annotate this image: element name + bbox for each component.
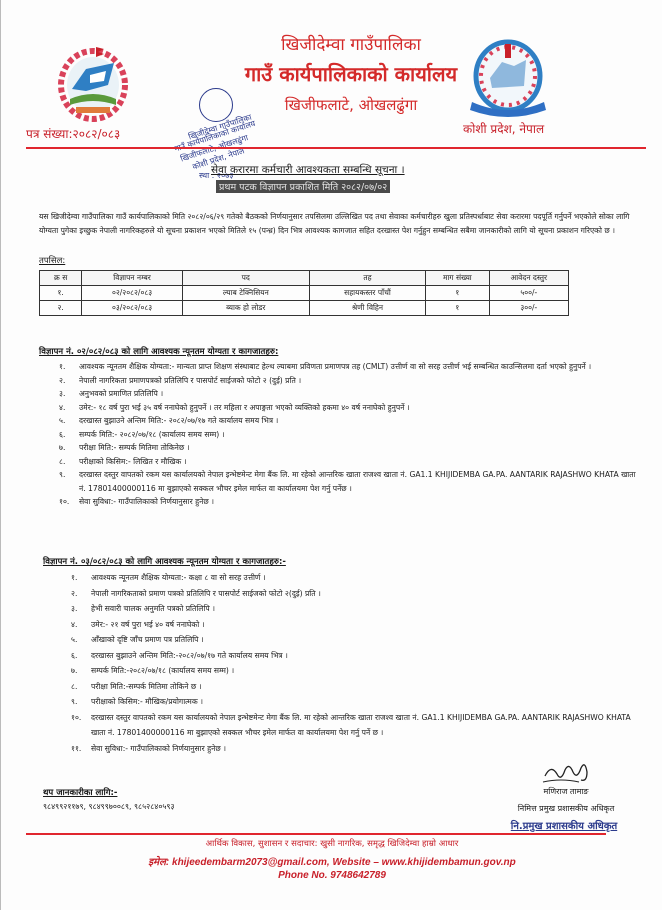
office-stamp: खिजीदेम्वा गाउँपालिका गाउँ कार्यपालिकाको… (169, 82, 269, 172)
section1-heading: विज्ञापन नं. ०२/०८२/०८३ को लागि आवश्यक न… (39, 346, 278, 357)
cell: २. (40, 301, 82, 316)
footer-email-website: इमेल: khijeedembarm2073@gmail.com, Websi… (1, 854, 662, 868)
letter-reference-number: पत्र संख्या:२०८२/०८३ (26, 125, 120, 142)
item-text: उमेर:- २१ वर्ष पुरा भई ४० वर्ष ननाघेको । (91, 617, 204, 633)
signatory-name: मणिराज तामाङ (511, 786, 621, 797)
signatory-title: निमित्त प्रमुख प्रशासकीय अधिकृत (481, 803, 651, 814)
list-item: ३.अनुभवको प्रमाणित प्रतिलिपि । (59, 387, 639, 401)
item-number: ९. (71, 694, 91, 710)
item-number: ६. (71, 648, 91, 664)
item-number: २. (71, 586, 91, 602)
footer-slogan: आर्थिक विकास, सुशासन र सदाचार: खुसी नागर… (1, 838, 662, 849)
col-header: माग संख्या (426, 271, 489, 286)
cell: १ (426, 301, 489, 316)
item-text: आवश्यक न्यूनतम शैक्षिक योग्यता:- कक्षा ८… (91, 570, 266, 586)
item-text: दरखास्त बुझाउने अन्तिम मिति:-२०८२/०७/१७ … (91, 648, 288, 664)
item-text: सेवा सुविधा:- गाउँपालिकाको निर्णयानुसार … (91, 741, 226, 757)
cell: ब्याक हो लोडर (182, 301, 309, 316)
list-item: ५.आँखाको दृष्टि जाँच प्रमाण पत्र प्रतिलि… (71, 632, 641, 648)
item-number: ४. (59, 401, 79, 415)
notice-intro: यस खिजीदेम्वा गाउँपालिका गाउँ कार्यपालिक… (39, 210, 639, 238)
item-text: नेपाली नागरिकता प्रमाणपत्रको प्रतिलिपि र… (79, 374, 301, 388)
header-divider (26, 147, 646, 149)
list-item: २.नेपाली नागरिकता प्रमाणपत्रको प्रतिलिपि… (59, 374, 639, 388)
list-item: ७.सम्पर्क मिति:-२०८२/०७/१८ (कार्यालय समय… (71, 663, 641, 679)
municipality-name: खिजीदेम्वा गाउँपालिका (201, 32, 501, 55)
item-text: दरखास्त दस्तुर वापतको रकम यस कार्यालयको … (91, 710, 641, 741)
province-name: कोशी प्रदेश, नेपाल (463, 120, 544, 137)
list-item: ८.परीक्षाको किसिम:- लिखित र मौखिक । (59, 455, 639, 469)
list-item: ८.परीक्षा मिति:-सम्पर्क मितिमा तोकिने छ … (71, 679, 641, 695)
list-item: १०.दरखास्त दस्तुर वापतको रकम यस कार्यालय… (71, 710, 641, 741)
cell: श्रेणी विहिन (309, 301, 425, 316)
list-item: ४.उमेर:- २१ वर्ष पुरा भई ४० वर्ष ननाघेको… (71, 617, 641, 633)
notice-title: सेवा करारमा कर्मचारी आवश्यकता सम्बन्धि स… (211, 163, 405, 177)
section1-list: १.आवश्यक न्यूनतम शैक्षिक योग्यता:- मान्य… (59, 360, 639, 509)
item-number: ३. (71, 601, 91, 617)
item-number: २. (59, 374, 79, 388)
item-number: ८. (59, 455, 79, 469)
item-number: ८. (71, 679, 91, 695)
section2-heading: विज्ञापन नं. ०३/०८२/०८३ को लागि आवश्यक न… (43, 556, 286, 567)
item-number: ९. (59, 468, 79, 495)
list-item: १.आवश्यक न्यूनतम शैक्षिक योग्यता:- मान्य… (59, 360, 639, 374)
item-text: अनुभवको प्रमाणित प्रतिलिपि । (79, 387, 163, 401)
list-item: २.नेपाली नागरिकताको प्रमाण पत्रको प्रतिल… (71, 586, 641, 602)
item-number: ६. (59, 428, 79, 442)
cell: १. (40, 286, 82, 301)
item-number: ४. (71, 617, 91, 633)
list-item: ३.हेभी सवारी चालक अनुमति पत्रको प्रतिलिप… (71, 601, 641, 617)
footer-divider (26, 833, 606, 835)
item-text: सम्पर्क मिति:- २०८२/०७/१८ (कार्यालय समय … (79, 428, 225, 442)
cell: ०२/२०८२/०८३ (82, 286, 183, 301)
notice-document: खिजीदेम्वा गाउँपालिका गाउँ कार्यपालिकाको… (0, 0, 662, 910)
list-item: १०.सेवा सुविधा:- गाउँपालिकाको निर्णयानुस… (59, 495, 639, 509)
col-header: विज्ञापन नम्बर (82, 271, 183, 286)
item-text: उमेर:- १८ वर्ष पुरा भई ३५ वर्ष ननाघेको ह… (79, 401, 410, 415)
cell: ३००/- (489, 301, 568, 316)
contact-label: थप जानकारीका लागि:- (43, 787, 117, 798)
notice-publish-date: प्रथम पटक विज्ञापन प्रकाशित मिति २०८२/०७… (216, 180, 390, 193)
item-text: परीक्षा मिति:- सम्पर्क मितिमा तोकिनेछ । (79, 441, 190, 455)
cell: सहायकस्तर पाँचौं (309, 286, 425, 301)
list-item: ९.परीक्षाको किसिम:- मौखिक/प्रयोगात्मक । (71, 694, 641, 710)
list-item: १.आवश्यक न्यूनतम शैक्षिक योग्यता:- कक्षा… (71, 570, 641, 586)
item-text: दरखास्त दस्तुर वापतको रकम यस कार्यालयको … (79, 468, 639, 495)
list-item: ४.उमेर:- १८ वर्ष पुरा भई ३५ वर्ष ननाघेको… (59, 401, 639, 415)
item-text: सेवा सुविधा:- गाउँपालिकाको निर्णयानुसार … (79, 495, 214, 509)
nepal-emblem-icon (56, 45, 131, 125)
cell: ५००/- (489, 286, 568, 301)
item-number: १०. (59, 495, 79, 509)
item-text: परीक्षाको किसिम:- लिखित र मौखिक । (79, 455, 187, 469)
item-number: ३. (59, 387, 79, 401)
item-number: १. (59, 360, 79, 374)
signature-scribble-icon (541, 758, 591, 786)
footer-phone: Phone No. 9748642789 (1, 870, 662, 881)
list-item: ५.दरखास्त बुझाउने अन्तिम मिति:- २०८२/०७/… (59, 414, 639, 428)
contact-phones: ९८४९९२११७९, ९८४९९७००८९, ९८५२८४०५९३ (43, 802, 175, 812)
col-header: पद (182, 271, 309, 286)
item-text: परीक्षा मिति:-सम्पर्क मितिमा तोकिने छ । (91, 679, 202, 695)
col-header: आवेदन दस्तुर (489, 271, 568, 286)
item-number: ७. (71, 663, 91, 679)
municipality-logo-icon (466, 38, 551, 123)
col-header: तह (309, 271, 425, 286)
cell: १ (426, 286, 489, 301)
list-item: ७.परीक्षा मिति:- सम्पर्क मितिमा तोकिनेछ … (59, 441, 639, 455)
signatory-stamp: नि.प्रमुख प्रशासकीय अधिकृत (479, 818, 649, 832)
table-caption: तपसिल: (39, 255, 65, 266)
item-number: ५. (59, 414, 79, 428)
table-row: २. ०३/२०८२/०८३ ब्याक हो लोडर श्रेणी विहि… (40, 301, 569, 316)
section2-list: १.आवश्यक न्यूनतम शैक्षिक योग्यता:- कक्षा… (71, 570, 641, 756)
list-item: ६.दरखास्त बुझाउने अन्तिम मिति:-२०८२/०७/१… (71, 648, 641, 664)
item-number: १०. (71, 710, 91, 741)
table-row: १. ०२/२०८२/०८३ ल्याब टेक्निसियन सहायकस्त… (40, 286, 569, 301)
cell: ल्याब टेक्निसियन (182, 286, 309, 301)
list-item: ९.दरखास्त दस्तुर वापतको रकम यस कार्यालयक… (59, 468, 639, 495)
list-item: ६.सम्पर्क मिति:- २०८२/०७/१८ (कार्यालय सम… (59, 428, 639, 442)
table-header-row: क्र स विज्ञापन नम्बर पद तह माग संख्या आव… (40, 271, 569, 286)
item-text: दरखास्त बुझाउने अन्तिम मिति:- २०८२/०७/१७… (79, 414, 278, 428)
vacancy-table: क्र स विज्ञापन नम्बर पद तह माग संख्या आव… (39, 270, 569, 316)
item-number: १. (71, 570, 91, 586)
list-item: ११.सेवा सुविधा:- गाउँपालिकाको निर्णयानुस… (71, 741, 641, 757)
cell: ०३/२०८२/०८३ (82, 301, 183, 316)
item-text: आँखाको दृष्टि जाँच प्रमाण पत्र प्रतिलिपि… (91, 632, 204, 648)
item-text: आवश्यक न्यूनतम शैक्षिक योग्यता:- मान्यता… (79, 360, 591, 374)
seal-emblem-icon (199, 88, 233, 122)
item-text: परीक्षाको किसिम:- मौखिक/प्रयोगात्मक । (91, 694, 203, 710)
item-number: ७. (59, 441, 79, 455)
item-text: सम्पर्क मिति:-२०८२/०७/१८ (कार्यालय समय स… (91, 663, 234, 679)
item-text: नेपाली नागरिकताको प्रमाण पत्रको प्रतिलिप… (91, 586, 321, 602)
col-header: क्र स (40, 271, 82, 286)
item-number: ११. (71, 741, 91, 757)
item-number: ५. (71, 632, 91, 648)
item-text: हेभी सवारी चालक अनुमति पत्रको प्रतिलिपि … (91, 601, 215, 617)
